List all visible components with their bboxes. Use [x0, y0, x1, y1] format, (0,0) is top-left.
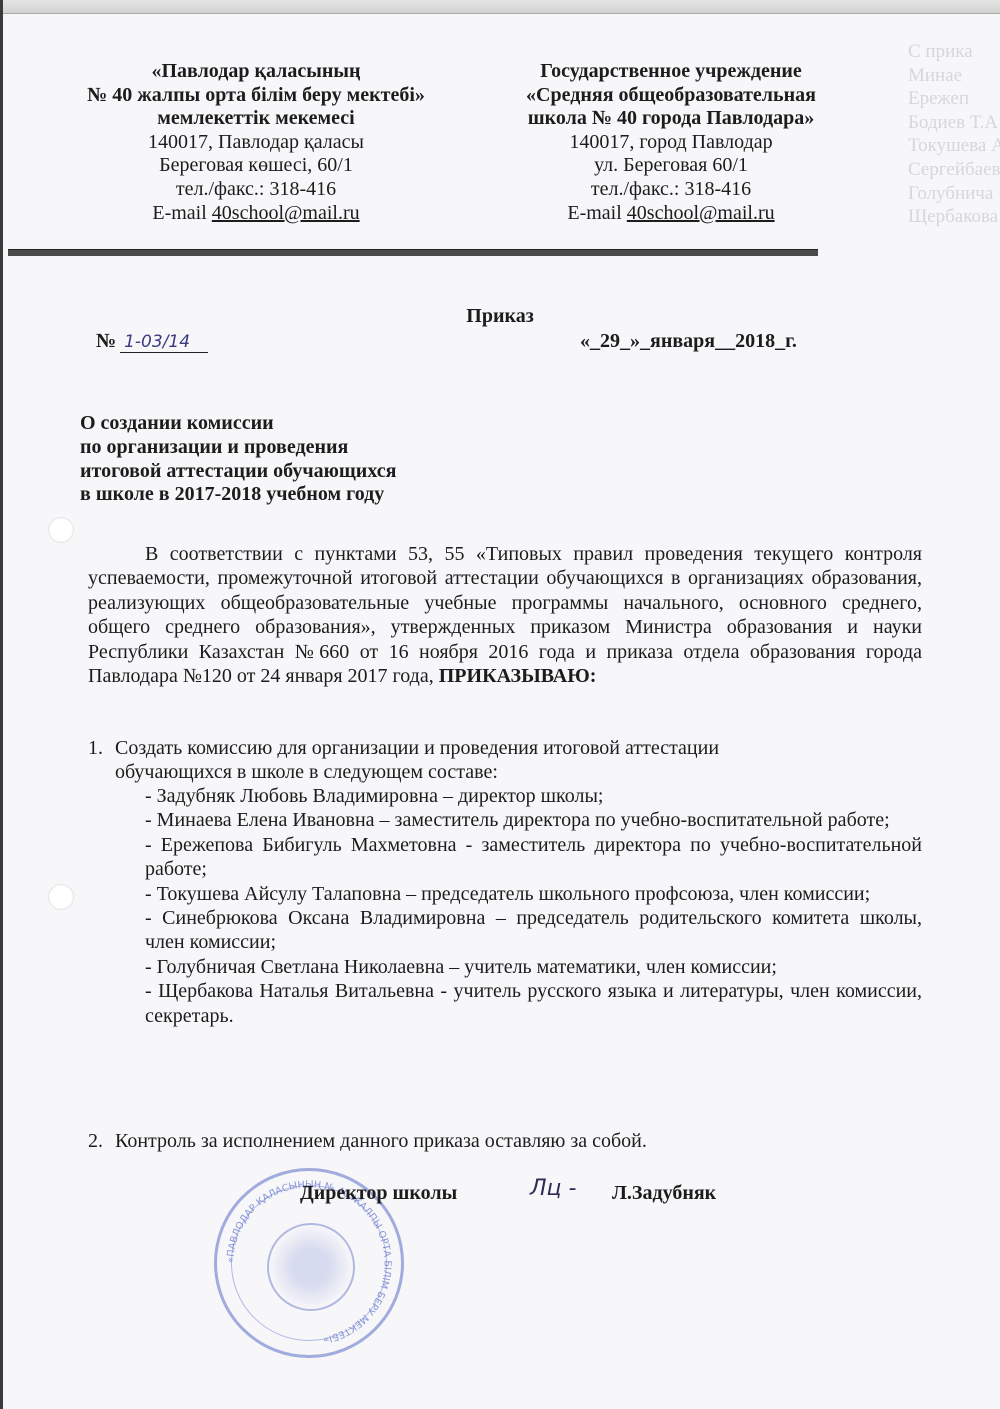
subject-line: итоговой аттестации обучающихся	[80, 460, 396, 484]
bleed-through-text: С прика Минае Ережеп Бодиев Т.А Токушева…	[840, 40, 1000, 300]
handwritten-signature: Лц -	[530, 1176, 576, 1201]
org-name-line: мемлекеттік мекемесі	[32, 107, 480, 131]
address-line: 140017, город Павлодар	[490, 131, 852, 155]
preamble-emphasis: ПРИКАЗЫВАЮ:	[439, 665, 597, 687]
bleed-line: Ережеп	[908, 87, 1000, 111]
item-line: обучающихся в школе в следующем составе:	[88, 760, 922, 784]
subject-line: О создании комиссии	[80, 412, 396, 436]
letterhead-kazakh: «Павлодар қаласының № 40 жалпы орта білі…	[32, 60, 480, 225]
bleed-line: Голубнича	[908, 182, 1000, 206]
bleed-line: Минае	[908, 64, 1000, 88]
address-line: 140017, Павлодар қаласы	[32, 131, 480, 155]
signatory-name: Л.Задубняк	[612, 1182, 716, 1205]
scan-edge-left	[0, 0, 3, 1409]
phone-line: тел./факс.: 318-416	[32, 178, 480, 202]
email-line: E-mail 40school@mail.ru	[32, 202, 480, 226]
order-item-1: 1.Создать комиссию для организации и про…	[88, 736, 922, 785]
item-text: Контроль за исполнением данного приказа …	[115, 1130, 647, 1152]
bleed-line: С прика	[908, 40, 1000, 64]
item-number: 2.	[88, 1129, 115, 1153]
bleed-line: Щербакова Н	[908, 205, 1000, 229]
order-number: №1-03/14	[96, 330, 208, 353]
org-name-line: «Средняя общеобразовательная	[490, 84, 852, 108]
org-name-line: «Павлодар қаласының	[32, 60, 480, 84]
address-line: Береговая көшесі, 60/1	[32, 154, 480, 178]
item-line: 1.Создать комиссию для организации и про…	[88, 736, 922, 760]
member-entry: - Ережепова Бибигуль Махметовна - замест…	[145, 833, 922, 882]
member-entry: - Голубничая Светлана Николаевна – учите…	[145, 955, 922, 979]
member-entry: - Задубняк Любовь Владимировна – директо…	[145, 784, 922, 808]
commission-members: - Задубняк Любовь Владимировна – директо…	[145, 784, 922, 1028]
punch-hole-bottom	[48, 884, 74, 910]
number-sign: №	[96, 330, 116, 352]
subject-line: по организации и проведения	[80, 436, 396, 460]
letterhead-russian: Государственное учреждение «Средняя обще…	[490, 60, 852, 225]
member-entry: - Минаева Елена Ивановна – заместитель д…	[145, 808, 922, 832]
preamble: В соответствии с пунктами 53, 55 «Типовы…	[88, 542, 922, 688]
signatory-role: Директор школы	[300, 1182, 457, 1205]
order-date: «_29_»_января__2018_г.	[580, 330, 797, 353]
address-line: ул. Береговая 60/1	[490, 154, 852, 178]
item-text: Создать комиссию для организации и прове…	[115, 737, 719, 759]
email-label: E-mail	[567, 202, 626, 224]
document-title: Приказ	[0, 305, 1000, 328]
email-link[interactable]: 40school@mail.ru	[212, 202, 360, 224]
letterhead-divider	[8, 249, 818, 256]
member-entry: - Щербакова Наталья Витальевна - учитель…	[145, 979, 922, 1028]
email-link[interactable]: 40school@mail.ru	[627, 202, 775, 224]
phone-line: тел./факс.: 318-416	[490, 178, 852, 202]
item-number: 1.	[88, 736, 115, 760]
email-label: E-mail	[152, 202, 211, 224]
org-name-line: Государственное учреждение	[490, 60, 852, 84]
order-subject: О создании комиссии по организации и про…	[80, 412, 396, 507]
bleed-line: Бодиев Т.А	[908, 111, 1000, 135]
subject-line: в школе в 2017-2018 учебном году	[80, 483, 396, 507]
preamble-paragraph: В соответствии с пунктами 53, 55 «Типовы…	[88, 542, 922, 688]
org-name-line: № 40 жалпы орта білім беру мектебі»	[32, 84, 480, 108]
role-label: Директор школы	[300, 1182, 457, 1205]
member-entry: - Токушева Айсулу Талаповна – председате…	[145, 882, 922, 906]
punch-hole-top	[48, 517, 74, 543]
bleed-line: Токушева А.Т	[908, 134, 1000, 158]
handwritten-order-number: 1-03/14	[120, 332, 208, 353]
email-line: E-mail 40school@mail.ru	[490, 202, 852, 226]
order-item-2: 2.Контроль за исполнением данного приказ…	[88, 1129, 922, 1153]
scan-edge-top	[0, 0, 1000, 14]
bleed-line: Сергейбаев А	[908, 158, 1000, 182]
member-entry: - Синебрюкова Оксана Владимировна – пред…	[145, 906, 922, 955]
org-name-line: школа № 40 города Павлодара»	[490, 107, 852, 131]
